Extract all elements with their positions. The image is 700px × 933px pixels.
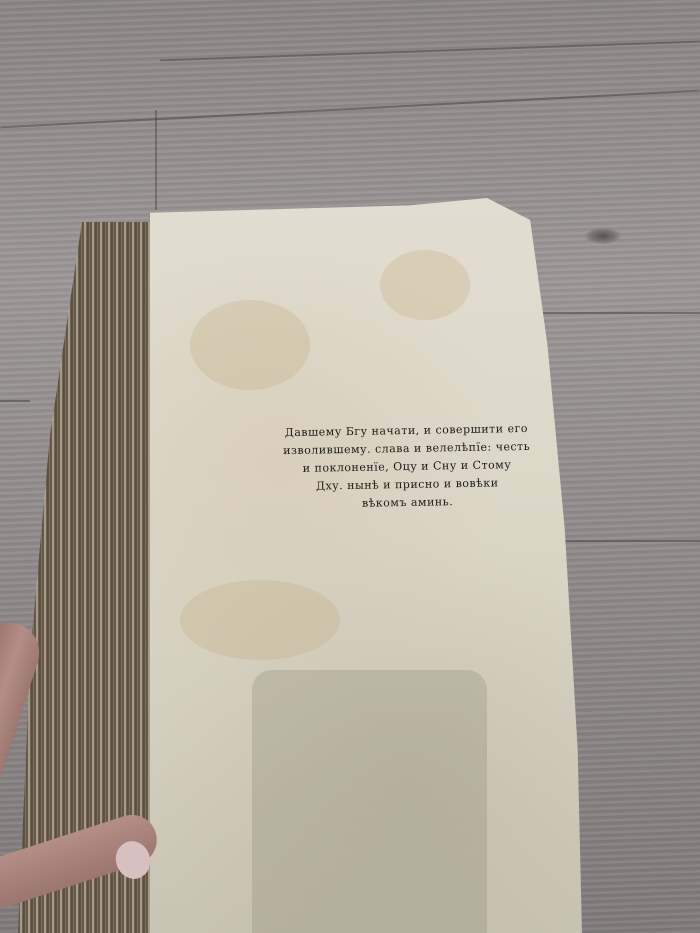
shadow-on-page — [252, 670, 487, 933]
floor-plank-seam — [0, 400, 30, 402]
paper-stain — [380, 250, 470, 320]
printed-inscription: Давшему Бгу начати, и совершити его изво… — [275, 420, 539, 515]
floor-plank-seam — [160, 41, 700, 62]
floor-plank-seam — [155, 110, 157, 210]
paper-stain — [180, 580, 340, 660]
wood-knot — [585, 228, 621, 244]
floor-plank-seam — [0, 90, 699, 129]
finger — [0, 615, 47, 881]
paper-stain — [190, 300, 310, 390]
hand — [0, 615, 160, 933]
